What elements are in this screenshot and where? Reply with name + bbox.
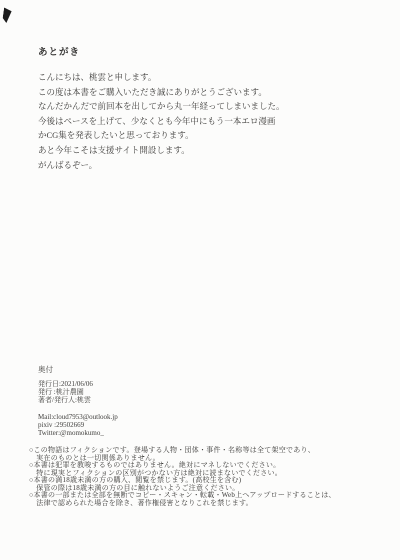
publication-date: 発行日:2021/06/06 — [38, 380, 93, 388]
afterword-line: 今後はペースを上げて、少なくとも今年中にもう一本エロ漫画 — [38, 114, 285, 129]
colophon-title: 奥付 — [38, 364, 53, 375]
afterword-line: なんだかんだで前回本を出してから丸一年経ってしまいました。 — [38, 99, 285, 114]
contact-twitter: Twitter:@momokumo_ — [38, 430, 118, 438]
afterword-line: がんばるぞー。 — [38, 158, 285, 173]
colophon-publication: 発行日:2021/06/06 発行 :桃汁農園 著者/発行人:桃雲 — [38, 380, 93, 405]
author-name: 著者/発行人:桃雲 — [38, 396, 93, 404]
afterword-line: こんにちは、桃雲と申します。 — [38, 70, 285, 85]
scan-corner-artifact — [2, 8, 12, 24]
colophon-contact: Mail:cloud7953@outlook.jp pixiv :2950266… — [38, 414, 118, 437]
afterword-body: こんにちは、桃雲と申します。 この度は本書をご購入いただき誠にありがとうございま… — [38, 70, 285, 172]
afterword-line: かCG集を発表したいと思っております。 — [38, 128, 285, 143]
afterword-title: あとがき — [38, 44, 80, 58]
afterword-line: あと今年こそは支援サイト開設します。 — [38, 143, 285, 158]
afterword-page: あとがき こんにちは、桃雲と申します。 この度は本書をご購入いただき誠にありがと… — [0, 0, 400, 560]
colophon-notices: ○この物語はフィクションです。登場する人物・団体・事件・名称等は全て架空であり、… — [29, 447, 336, 507]
afterword-line: この度は本書をご購入いただき誠にありがとうございます。 — [38, 85, 285, 100]
notice-line: 法律で認められた場合を除き、著作権侵害となりこれを禁じます。 — [29, 500, 336, 508]
